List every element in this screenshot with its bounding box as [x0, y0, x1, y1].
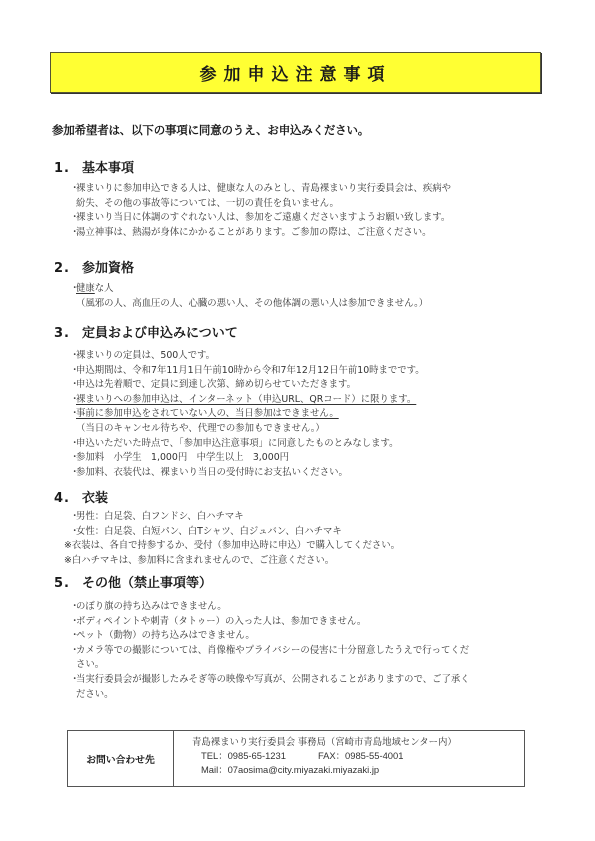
list-item: ・当実行委員会が撮影したみそぎ等の映像や写真が、公開されることがありますので、ご… — [54, 673, 554, 688]
list-item: ・事前に参加申込をされていない人の、当日参加はできません。 — [54, 407, 554, 422]
list-item-note: ※衣装は、各自で持参するか、受付（参加申込時に申込）で購入してください。 — [54, 539, 554, 554]
list-item: ・ボディペイントや刺青（タトゥー）の入った人は、参加できません。 — [54, 615, 554, 630]
contact-fax: FAX：0985-55-4001 — [318, 750, 403, 761]
section-heading: 3.定員および申込みについて — [54, 325, 554, 343]
list-item: ・裸まいり当日に体調のすぐれない人は、参加をご遠慮くださいますようお願い致します… — [54, 211, 554, 226]
section-other-prohibitions: 5.その他（禁止事項等） ・のぼり旗の持ち込みはできません。 ・ボディペイントや… — [54, 575, 554, 702]
intro-text: 参加希望者は、以下の事項に同意のうえ、お申込みください。 — [52, 122, 369, 138]
list-item: ・女性：白足袋、白短パン、白Tシャツ、白ジュバン、白ハチマキ — [54, 525, 554, 540]
list-item: ・裸まいりへの参加申込は、インターネット（申込URL、QRコード）に限ります。 — [54, 393, 554, 408]
list-item: ・参加料 小学生 1,000円 中学生以上 3,000円 — [54, 451, 554, 466]
contact-mail[interactable]: Mail：07aosima@city.miyazaki.miyazaki.jp — [192, 763, 524, 777]
list-item: ・申込期間は、令和7年11月1日午前10時から令和7年12月12日午前10時まで… — [54, 364, 554, 379]
section-costume: 4.衣装 ・男性：白足袋、白フンドシ、白ハチマキ ・女性：白足袋、白短パン、白T… — [54, 490, 554, 568]
list-item: ・裸まいりに参加申込できる人は、健康な人のみとし、青島裸まいり実行委員会は、疾病… — [54, 182, 554, 197]
list-item: ・参加料、衣装代は、裸まいり当日の受付時にお支払いください。 — [54, 466, 554, 481]
title-banner: 参加申込注意事項 — [50, 52, 541, 93]
page-title: 参加申込注意事項 — [200, 60, 392, 85]
list-item-continued: さい。 — [54, 658, 554, 673]
list-item: ・湯立神事は、熱湯が身体にかかることがあります。ご参加の際は、ご注意ください。 — [54, 226, 554, 241]
contact-box: お問い合わせ先 青島裸まいり実行委員会 事務局（宮崎市青島地域センター内） TE… — [67, 730, 525, 787]
list-item: ・健康な人 — [54, 282, 554, 297]
section-heading: 4.衣装 — [54, 490, 554, 508]
section-heading: 2.参加資格 — [54, 260, 554, 278]
list-item: ・男性：白足袋、白フンドシ、白ハチマキ — [54, 510, 554, 525]
list-item-continued: 紛失、その他の事故等については、一切の責任を負いません。 — [54, 197, 554, 212]
contact-phone-fax: TEL：0985-65-1231FAX：0985-55-4001 — [192, 749, 524, 763]
contact-info: 青島裸まいり実行委員会 事務局（宮崎市青島地域センター内） TEL：0985-6… — [174, 731, 524, 786]
contact-tel: TEL：0985-65-1231 — [201, 750, 286, 761]
section-heading: 5.その他（禁止事項等） — [54, 575, 554, 593]
list-item-note: （当日のキャンセル待ちや、代理での参加もできません。） — [54, 422, 554, 437]
contact-office: 青島裸まいり実行委員会 事務局（宮崎市青島地域センター内） — [192, 735, 524, 749]
list-item: ・カメラ等での撮影については、肖像権やプライバシーの侵害に十分留意したうえで行っ… — [54, 644, 554, 659]
section-heading: 1.基本事項 — [54, 160, 554, 178]
list-item-continued: ださい。 — [54, 688, 554, 703]
list-item: ・ペット（動物）の持ち込みはできません。 — [54, 629, 554, 644]
section-capacity-application: 3.定員および申込みについて ・裸まいりの定員は、500人です。 ・申込期間は、… — [54, 325, 554, 480]
section-basic: 1.基本事項 ・裸まいりに参加申込できる人は、健康な人のみとし、青島裸まいり実行… — [54, 160, 554, 240]
list-item: ・申込いただいた時点で、「参加申込注意事項」に同意したものとみなします。 — [54, 437, 554, 452]
list-item-note: ※白ハチマキは、参加料に含まれませんので、ご注意ください。 — [54, 554, 554, 569]
list-item: ・申込は先着順で、定員に到達し次第、締め切らせていただきます。 — [54, 378, 554, 393]
contact-label: お問い合わせ先 — [68, 731, 174, 786]
list-item: ・裸まいりの定員は、500人です。 — [54, 349, 554, 364]
list-item-note: （風邪の人、高血圧の人、心臓の悪い人、その他体調の悪い人は参加できません。） — [54, 297, 554, 312]
list-item: ・のぼり旗の持ち込みはできません。 — [54, 600, 554, 615]
section-eligibility: 2.参加資格 ・健康な人 （風邪の人、高血圧の人、心臓の悪い人、その他体調の悪い… — [54, 260, 554, 311]
